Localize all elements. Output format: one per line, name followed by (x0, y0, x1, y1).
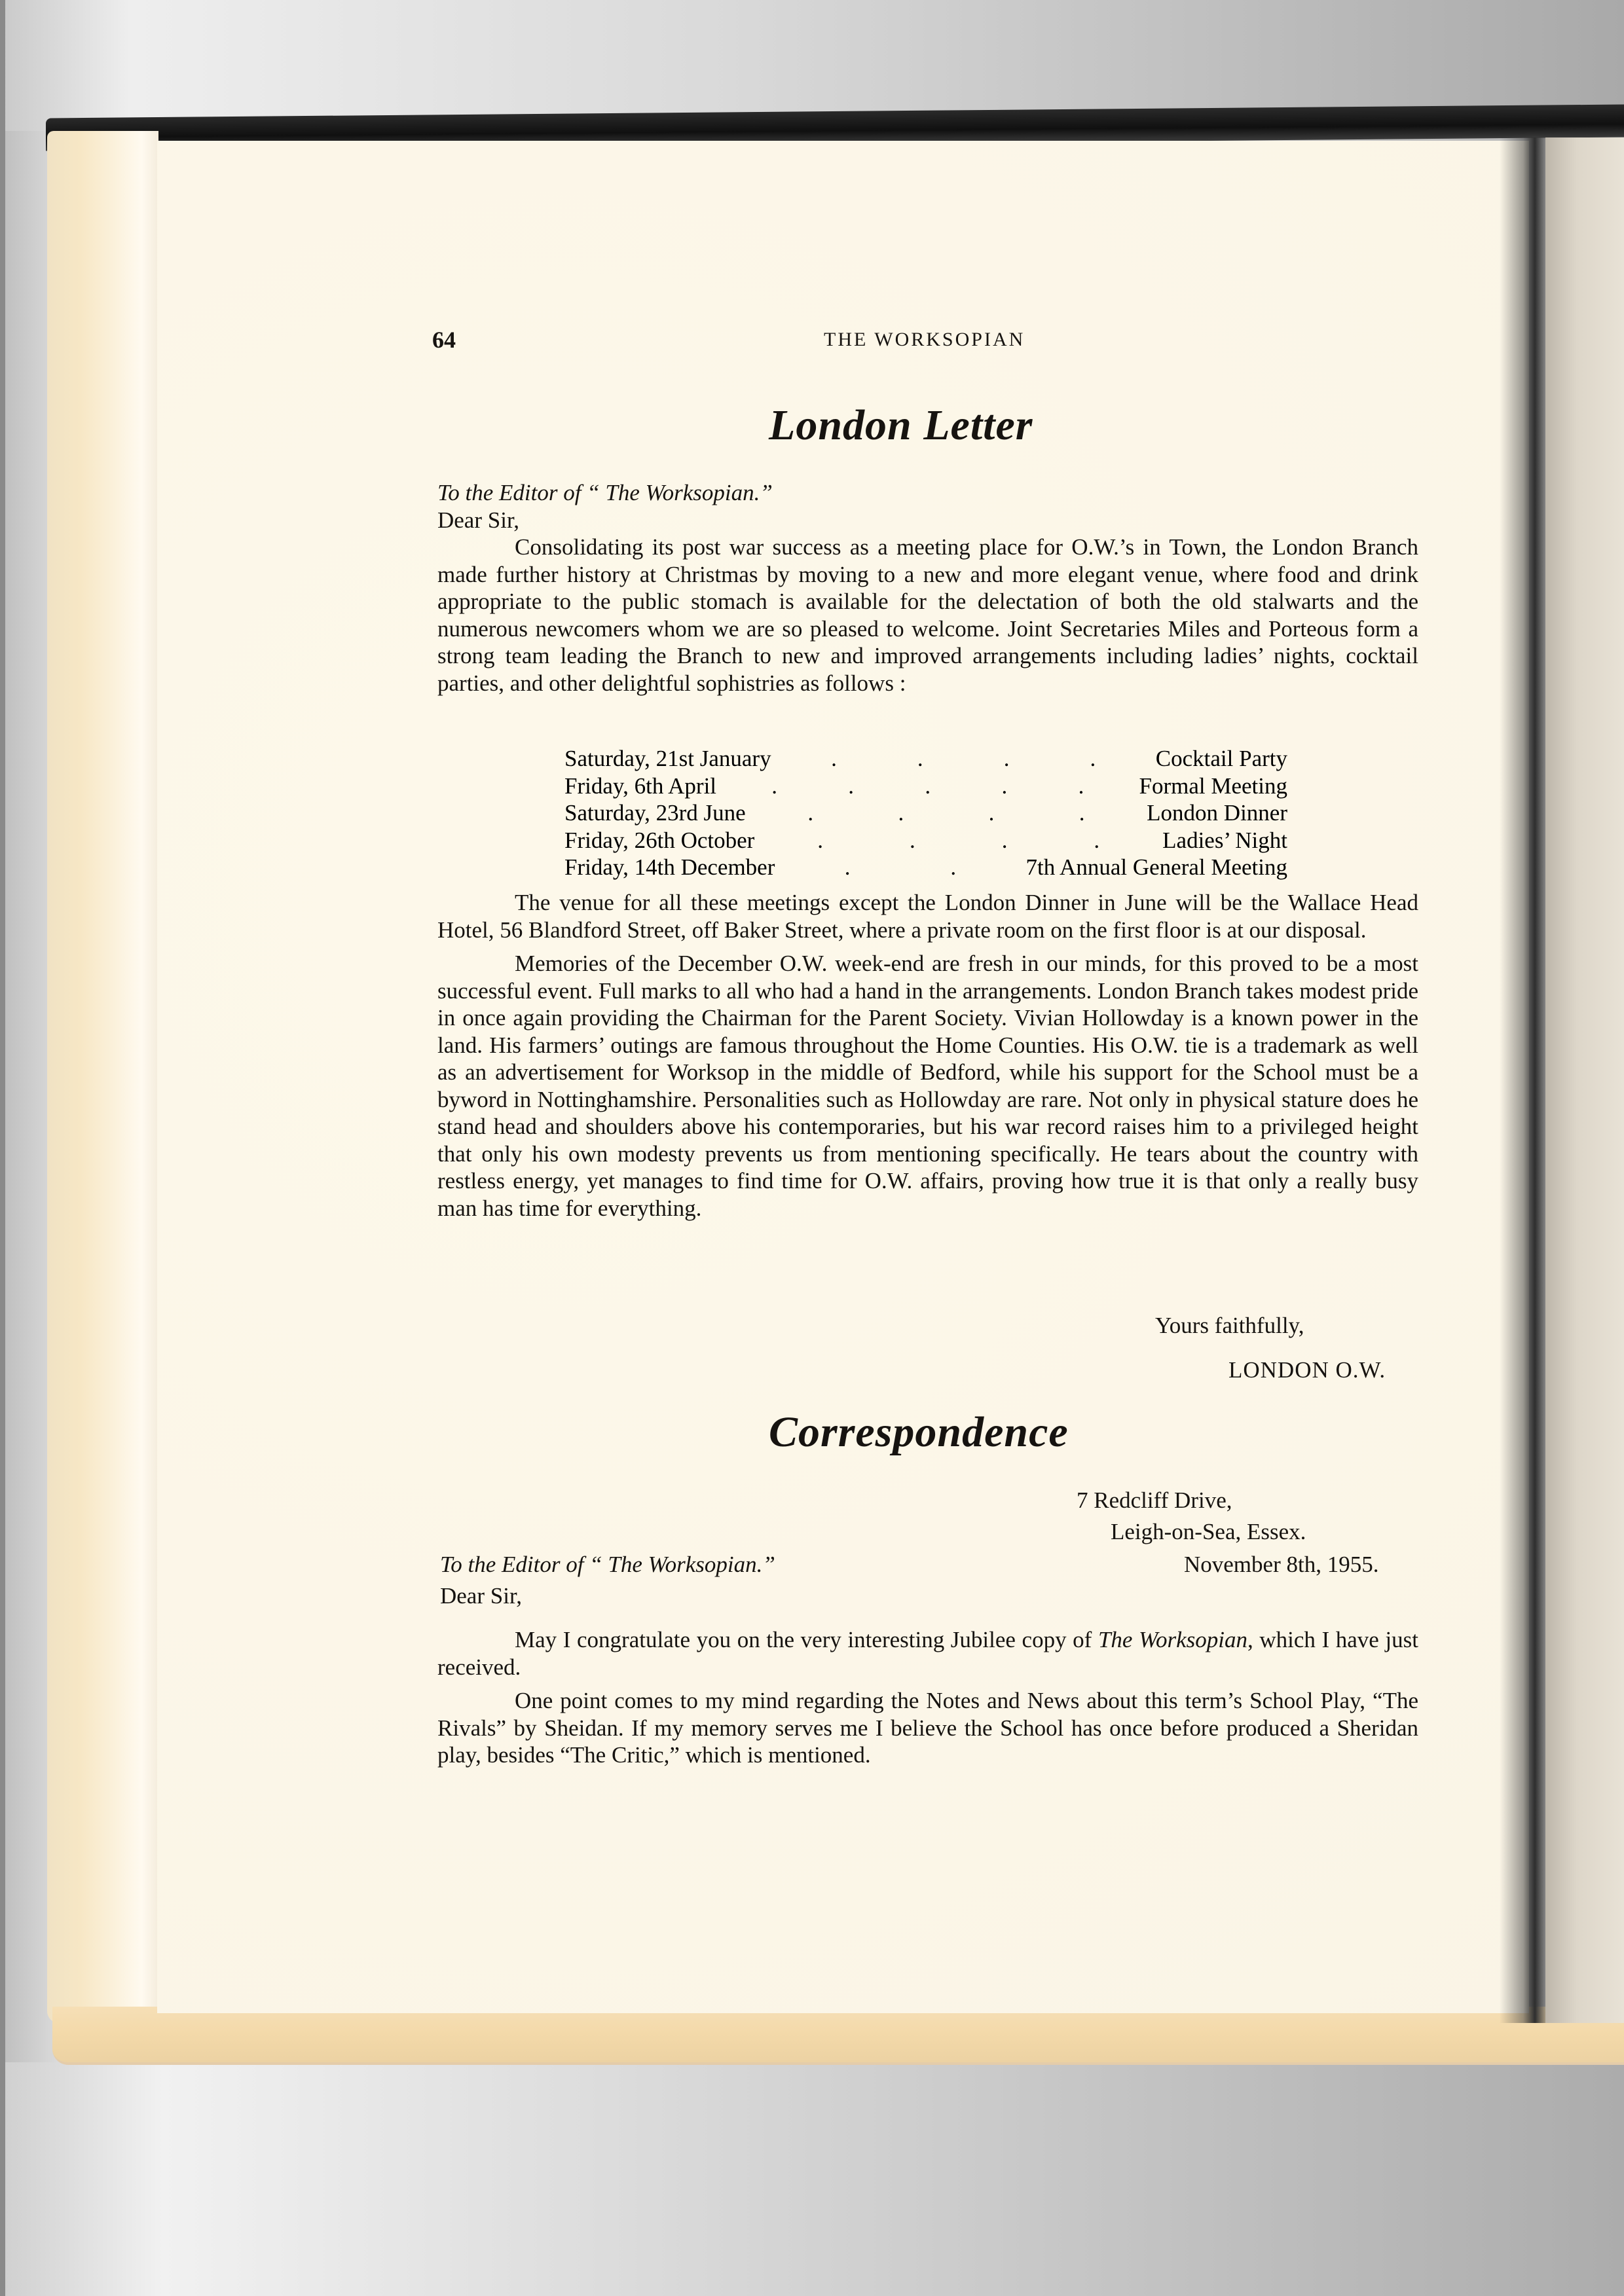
page-stack-fore-edge (47, 131, 158, 2023)
schedule-row: Friday, 14th December .. 7th Annual Gene… (564, 854, 1287, 881)
correspondence-salutation: Dear Sir, (440, 1583, 522, 1609)
schedule-date: Saturday, 21st January (564, 745, 771, 773)
london-letter-opening: To the Editor of “ The Worksopian.” Dear… (437, 479, 1418, 697)
london-letter-addressee: To the Editor of “ The Worksopian.” (437, 479, 1418, 507)
page-number: 64 (432, 326, 456, 354)
schedule-date: Friday, 6th April (564, 773, 716, 800)
meeting-schedule: Saturday, 21st January .... Cocktail Par… (564, 745, 1287, 881)
leader-dots: .... (771, 745, 1156, 773)
page-stack-bottom-edge (52, 2007, 1624, 2065)
leader-dots: .. (775, 854, 1025, 881)
london-letter-closing: Yours faithfully, (1155, 1313, 1304, 1339)
publication-name-italic: The Worksopian (1098, 1627, 1247, 1652)
schedule-event: 7th Annual General Meeting (1026, 854, 1287, 881)
london-letter-signature: LONDON O.W. (1228, 1357, 1386, 1383)
london-letter-salutation: Dear Sir, (437, 507, 1418, 534)
schedule-event: Formal Meeting (1139, 773, 1288, 800)
correspondence-body: May I congratulate you on the very inter… (437, 1626, 1418, 1769)
correspondence-addressee: To the Editor of “ The Worksopian.” (440, 1552, 775, 1578)
correspondence-address-line-2: Leigh-on-Sea, Essex. (1111, 1519, 1306, 1545)
schedule-row: Friday, 6th April ..... Formal Meeting (564, 773, 1287, 800)
correspondence-paragraph-2: One point comes to my mind regarding the… (437, 1687, 1418, 1769)
schedule-event: Cocktail Party (1156, 745, 1287, 773)
correspondence-date: November 8th, 1955. (1184, 1552, 1378, 1578)
schedule-row: Saturday, 21st January .... Cocktail Par… (564, 745, 1287, 773)
london-letter-title: London Letter (769, 401, 1033, 450)
running-head-title: THE WORKSOPIAN (824, 329, 1025, 351)
london-letter-paragraph-3: Memories of the December O.W. week-end a… (437, 950, 1418, 1222)
london-letter-continued: The venue for all these meetings except … (437, 889, 1418, 1222)
correspondence-paragraph-1-text: May I congratulate you on the very inter… (515, 1627, 1098, 1652)
london-letter-paragraph-2: The venue for all these meetings except … (437, 889, 1418, 943)
schedule-row: Saturday, 23rd June .... London Dinner (564, 799, 1287, 827)
facing-page-edge (1545, 137, 1624, 2023)
schedule-date: Saturday, 23rd June (564, 799, 746, 827)
scanner-edge (0, 0, 5, 2296)
schedule-event: Ladies’ Night (1162, 827, 1287, 854)
schedule-row: Friday, 26th October .... Ladies’ Night (564, 827, 1287, 854)
correspondence-paragraph-1: May I congratulate you on the very inter… (437, 1626, 1418, 1681)
leader-dots: .... (754, 827, 1162, 854)
schedule-date: Friday, 26th October (564, 827, 754, 854)
london-letter-paragraph-1: Consolidating its post war success as a … (437, 534, 1418, 697)
leader-dots: .... (746, 799, 1147, 827)
schedule-date: Friday, 14th December (564, 854, 775, 881)
schedule-event: London Dinner (1147, 799, 1287, 827)
leader-dots: ..... (716, 773, 1139, 800)
correspondence-title: Correspondence (769, 1408, 1069, 1457)
scanner-background-bottom (0, 2062, 1624, 2296)
correspondence-address-line-1: 7 Redcliff Drive, (1077, 1487, 1232, 1514)
